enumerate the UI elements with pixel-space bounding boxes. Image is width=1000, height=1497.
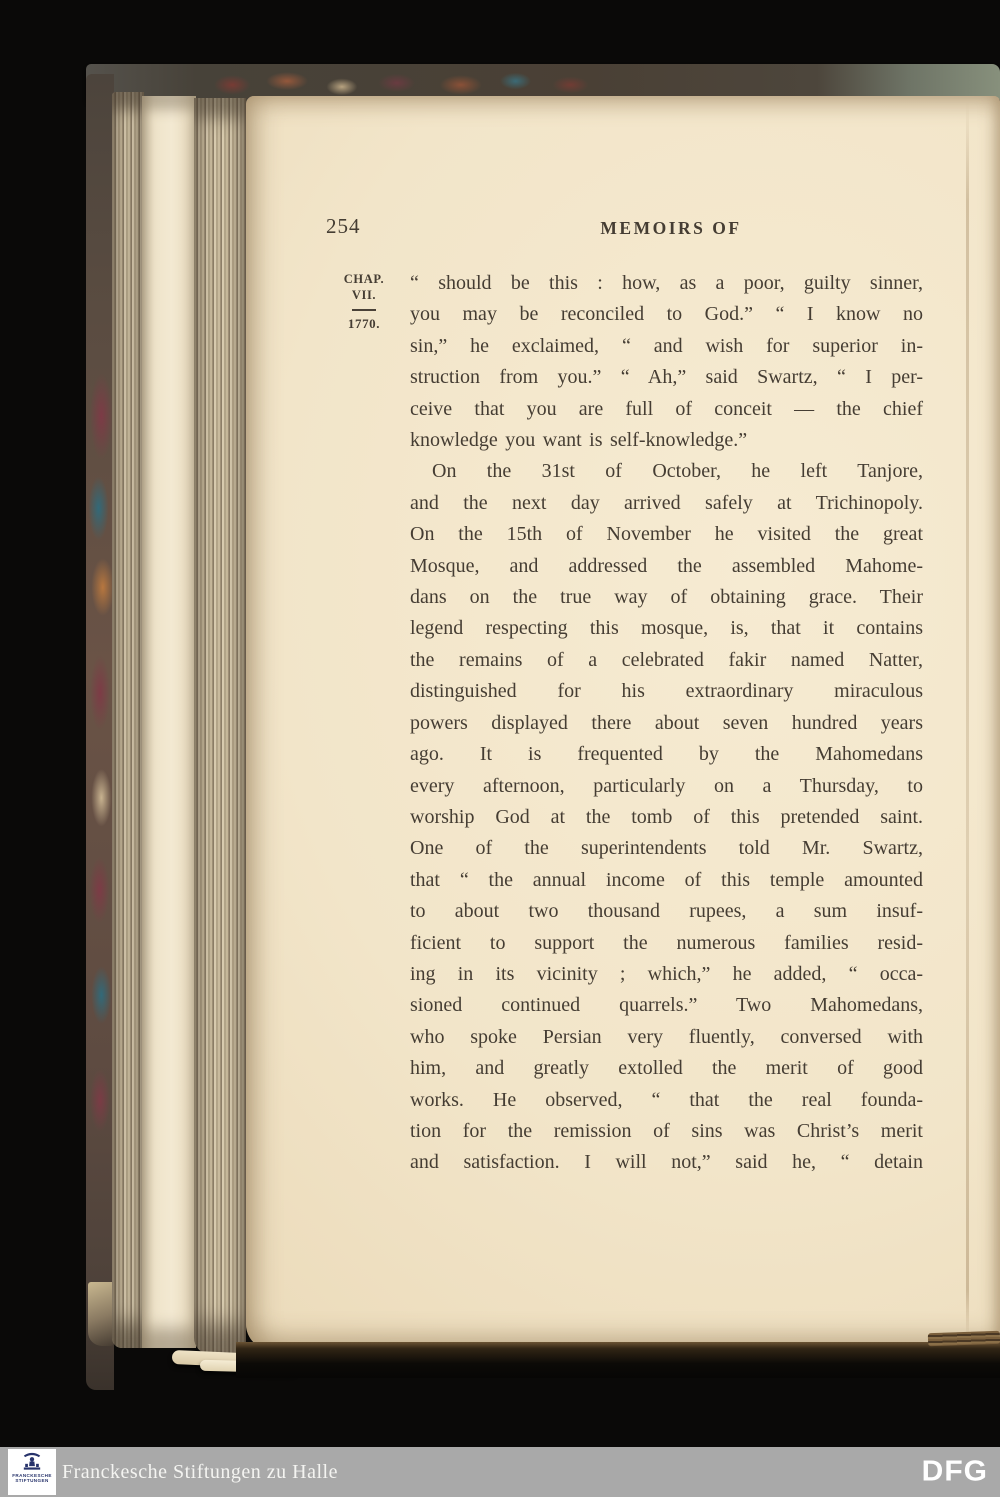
text-line: dans on the true way of obtaining grace.… [410,582,923,613]
margin-rule [352,309,376,311]
running-title: MEMOIRS OF [556,218,786,239]
chapter-label: CHAP. [334,272,394,287]
text-line: ing in its vicinity ; which,” he added, … [410,959,923,990]
book-cover-bottom-corner [88,1282,114,1346]
text-line: One of the superintendents told Mr. Swar… [410,833,923,864]
text-line: ago. It is frequented by the Mahomedans [410,739,923,770]
chapter-margin-note: CHAP. VII. 1770. [334,272,394,332]
page-crease [966,102,969,1340]
text-line: who spoke Persian very fluently, convers… [410,1022,923,1053]
text-line: every afternoon, particularly on a Thurs… [410,771,923,802]
book-page: 254 MEMOIRS OF CHAP. VII. 1770. “ should… [246,96,1000,1350]
underlying-page-edge [142,96,196,1348]
margin-year: 1770. [334,316,394,332]
institution-name: Franckesche Stiftungen zu Halle [62,1447,338,1497]
text-line: struction from you.” “ Ah,” said Swartz,… [410,362,923,393]
page-bottom-edge-texture [928,1331,1000,1347]
text-line: sin,” he exclaimed, “ and wish for super… [410,331,923,362]
page-edge-stack-inner [194,98,246,1354]
page-number: 254 [326,214,361,239]
chapter-numeral: VII. [334,288,394,303]
page-edge-stack-outer [112,92,144,1348]
text-line: to about two thousand rupees, a sum insu… [410,896,923,927]
text-line: knowledge you want is self-knowledge.” [410,425,923,456]
book-marbled-cover-edge [86,74,114,1390]
body-text-column: “ should be this : how, as a poor, guilt… [410,268,923,1179]
text-line: and satisfaction. I will not,” said he, … [410,1147,923,1178]
text-line: ceive that you are full of conceit — the… [410,394,923,425]
dfg-logo: DFG [922,1448,988,1496]
franckesche-logo: FRANCKESCHE STIFTUNGEN [8,1449,56,1495]
text-line: sioned continued quarrels.” Two Mahomeda… [410,990,923,1021]
text-line: On the 31st of October, he left Tanjore, [410,456,923,487]
text-line: Mosque, and addressed the assembled Maho… [410,551,923,582]
text-line: ficient to support the numerous families… [410,928,923,959]
text-line: worship God at the tomb of this pretende… [410,802,923,833]
text-line: the remains of a celebrated fakir named … [410,645,923,676]
text-line: him, and greatly extolled the merit of g… [410,1053,923,1084]
book-bottom-shadow [236,1342,1000,1378]
text-line: On the 15th of November he visited the g… [410,519,923,550]
text-line: tion for the remission of sins was Chris… [410,1116,923,1147]
text-line: you may be reconciled to God.” “ I know … [410,299,923,330]
text-line: powers displayed there about seven hundr… [410,708,923,739]
text-line: “ should be this : how, as a poor, guilt… [410,268,923,299]
footer-bar: FRANCKESCHE STIFTUNGEN Franckesche Stift… [0,1447,1000,1497]
text-line: that “ the annual income of this temple … [410,865,923,896]
logo-caption-line2: STIFTUNGEN [12,1478,52,1483]
text-line: works. He observed, “ that the real foun… [410,1085,923,1116]
text-line: distinguished for his extraordinary mira… [410,676,923,707]
scan-viewport: 254 MEMOIRS OF CHAP. VII. 1770. “ should… [0,0,1000,1497]
franckesche-logo-caption: FRANCKESCHE STIFTUNGEN [12,1473,52,1484]
franckesche-logo-icon [21,1452,43,1472]
text-line: and the next day arrived safely at Trich… [410,488,923,519]
text-line: legend respecting this mosque, is, that … [410,613,923,644]
